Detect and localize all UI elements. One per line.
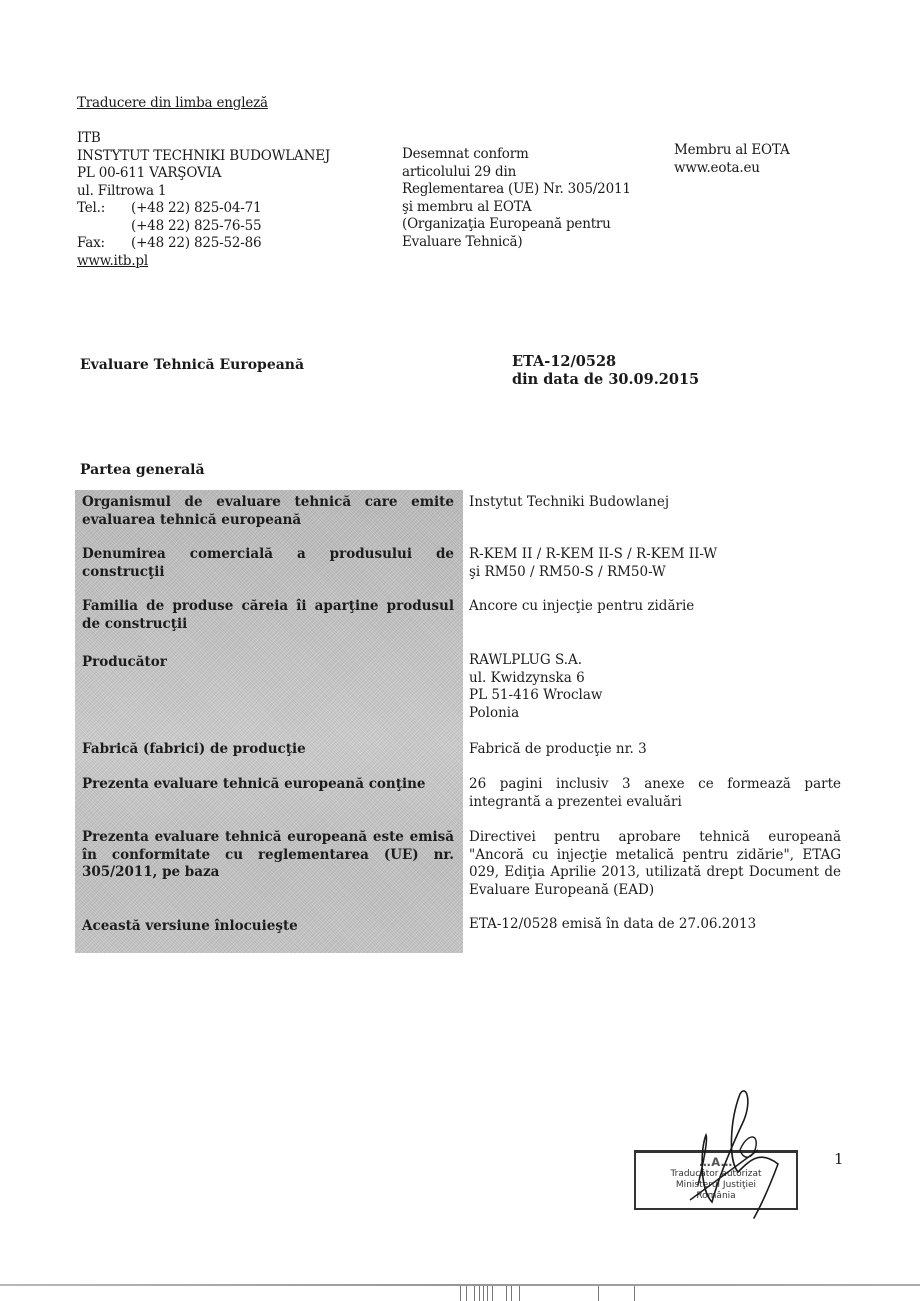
row-value-replaces: ETA-12/0528 emisă în data de 27.06.2013 <box>469 916 841 934</box>
designation-line: şi membru al EOTA <box>402 199 631 217</box>
row-value-trade-name: R-KEM II / R-KEM II-S / R-KEM II-W şi RM… <box>469 546 841 581</box>
designation-line: (Organizaţia Europeană pentru <box>402 216 631 234</box>
row-label-trade-name: Denumirea comercială a produsului de con… <box>82 546 454 581</box>
issuer-website-link[interactable]: www.itb.pl <box>77 253 330 271</box>
designation-block: Desemnat conform articolului 29 din Regl… <box>402 146 631 251</box>
scan-artifact <box>487 1286 488 1301</box>
scan-artifact <box>460 1286 461 1301</box>
issuer-street: ul. Filtrowa 1 <box>77 183 330 201</box>
eta-date: din data de 30.09.2015 <box>512 371 699 389</box>
scan-artifact <box>634 1286 635 1301</box>
value-line: Polonia <box>469 705 841 723</box>
value-line: ul. Kwidzynska 6 <box>469 670 841 688</box>
tel-label: Tel.: <box>77 200 131 218</box>
eota-member-text: Membru al EOTA <box>674 142 790 160</box>
scan-artifact <box>474 1286 475 1301</box>
value-line: Ancore cu injecţie pentru zidărie <box>469 598 841 616</box>
translation-note: Traducere din limba engleză <box>77 95 268 113</box>
value-line: RAWLPLUG S.A. <box>469 652 841 670</box>
issuer-short-name: ITB <box>77 130 330 148</box>
issuer-city: PL 00-611 VARŞOVIA <box>77 165 330 183</box>
handwritten-signature-icon <box>660 1080 800 1220</box>
eta-reference: ETA-12/0528 din data de 30.09.2015 <box>512 353 699 389</box>
scan-artifact <box>598 1286 599 1301</box>
tel-number-1: (+48 22) 825-04-71 <box>131 200 261 216</box>
designation-line: Evaluare Tehnică) <box>402 234 631 252</box>
row-label-product-family: Familia de produse căreia îi aparţine pr… <box>82 598 454 633</box>
row-label-issuing-body: Organismul de evaluare tehnică care emit… <box>82 494 454 529</box>
row-value-product-family: Ancore cu injecţie pentru zidărie <box>469 598 841 616</box>
eta-number: ETA-12/0528 <box>512 353 699 371</box>
row-label-production-plant: Fabrică (fabrici) de producţie <box>82 741 454 759</box>
scan-artifact <box>483 1286 484 1301</box>
page-number: 1 <box>834 1150 844 1168</box>
value-line: ETA-12/0528 emisă în data de 27.06.2013 <box>469 916 841 934</box>
issuer-tel-1: Tel.:(+48 22) 825-04-71 <box>77 200 330 218</box>
eota-membership-block: Membru al EOTA www.eota.eu <box>674 142 790 177</box>
fax-number: (+48 22) 825-52-86 <box>131 235 261 251</box>
issuer-address-block: ITB INSTYTUT TECHNIKI BUDOWLANEJ PL 00-6… <box>77 130 330 270</box>
fax-label: Fax: <box>77 235 131 253</box>
row-label-basis: Prezenta evaluare tehnică europeană este… <box>82 829 454 882</box>
issuer-full-name: INSTYTUT TECHNIKI BUDOWLANEJ <box>77 148 330 166</box>
scan-artifact <box>519 1286 520 1301</box>
value-line: 26 pagini inclusiv 3 anexe ce formează p… <box>469 776 841 811</box>
scan-artifact <box>492 1286 493 1301</box>
row-label-manufacturer: Producător <box>82 654 454 672</box>
scan-artifact <box>506 1286 507 1301</box>
row-label-contents: Prezenta evaluare tehnică europeană conţ… <box>82 776 454 794</box>
value-line: R-KEM II / R-KEM II-S / R-KEM II-W <box>469 546 841 564</box>
row-value-contents: 26 pagini inclusiv 3 anexe ce formează p… <box>469 776 841 811</box>
value-line: Directivei pentru aprobare tehnică europ… <box>469 829 841 899</box>
row-value-production-plant: Fabrică de producţie nr. 3 <box>469 741 841 759</box>
scan-artifact <box>511 1286 512 1301</box>
designation-line: articolului 29 din <box>402 164 631 182</box>
tel-number-2: (+48 22) 825-76-55 <box>77 218 330 236</box>
row-label-replaces: Această versiune înlocuieşte <box>82 918 454 936</box>
scan-artifact <box>466 1286 467 1301</box>
row-value-manufacturer: RAWLPLUG S.A. ul. Kwidzynska 6 PL 51-416… <box>469 652 841 722</box>
document-type-title: Evaluare Tehnică Europeană <box>80 357 304 373</box>
value-line: şi RM50 / RM50-S / RM50-W <box>469 564 841 582</box>
row-value-basis: Directivei pentru aprobare tehnică europ… <box>469 829 841 899</box>
designation-line: Desemnat conform <box>402 146 631 164</box>
value-line: Fabrică de producţie nr. 3 <box>469 741 841 759</box>
eota-website-link[interactable]: www.eota.eu <box>674 160 790 178</box>
issuer-fax: Fax:(+48 22) 825-52-86 <box>77 235 330 253</box>
value-line: PL 51-416 Wroclaw <box>469 687 841 705</box>
row-value-issuing-body: Instytut Techniki Budowlanej <box>469 494 841 512</box>
scan-artifact <box>479 1286 480 1301</box>
designation-line: Reglementarea (UE) Nr. 305/2011 <box>402 181 631 199</box>
value-line: Instytut Techniki Budowlanej <box>469 494 841 512</box>
section-title: Partea generală <box>80 462 205 478</box>
